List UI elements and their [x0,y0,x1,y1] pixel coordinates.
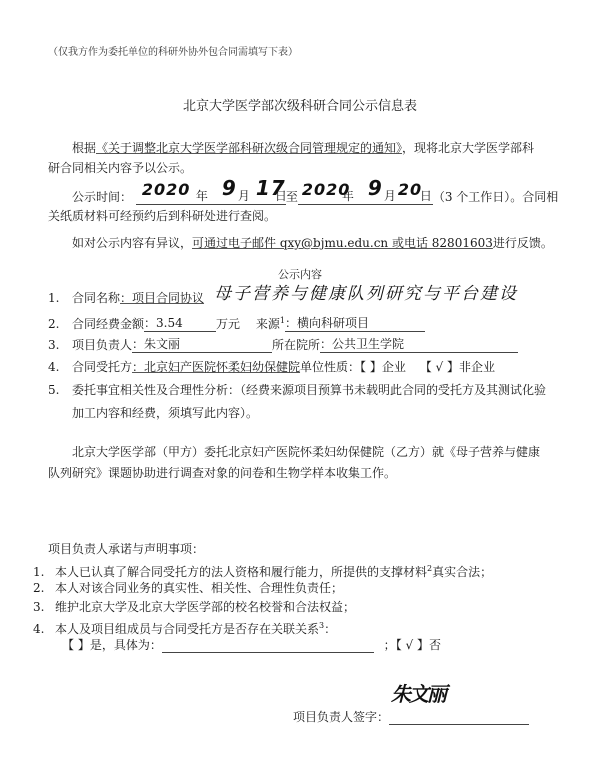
item-contract-amount: 2.合同经费金额：3.54万元 来源1：横向科研项目 [48,313,425,332]
commitment-item-4: 4.本人及项目组成员与合同受托方是否存在关联关系3： [33,618,336,637]
intro-line-2: 研合同相关内容予以公示。 [48,160,192,176]
item-contract-name: 1.合同名称：项目合同协议 [48,290,204,306]
commitment-item-2: 2.本人对该合同业务的真实性、相关性、合理性负责任； [33,580,343,596]
relation-line: 【 】是，具体为： ；【 √ 】否 [62,637,441,653]
signature-label: 项目负责人签字： [293,710,389,724]
header-note: （仅我方作为委托单位的科研外协外包合同需填写下表） [48,43,298,58]
end-month: 9 [368,180,383,196]
commitment-text: 维护北京大学及北京大学医学部的校名校誉和合法权益； [55,600,355,614]
period-label: 公示时间： [72,190,132,204]
relation-detail-field[interactable] [162,638,374,653]
year-char: 年 [342,188,354,204]
relation-no-label: 否 [429,638,441,652]
item-number: 4. [48,359,72,375]
start-year: 2020 [142,182,191,198]
month-char: 月 [238,188,250,204]
feedback-contact[interactable]: 可通过电子邮件 qxy@bjmu.edu.cn 或电话 82801603 [192,236,493,250]
analysis-line-1: 北京大学医学部（甲方）委托北京妇产医院怀柔妇幼保健院（乙方）就《母子营养与健康 [72,444,540,460]
enterprise-label: 企业 [382,360,406,374]
item-label: 合同经费金额 [72,317,144,331]
checkbox-enterprise[interactable]: 【 】 [360,360,382,374]
commitment-title: 项目负责人承诺与声明事项： [48,541,204,557]
feedback-prefix: 如对公示内容有异议， [72,236,192,250]
contract-amount: ：3.54 [144,316,183,330]
day-char: 日 [420,188,432,204]
item-number: 4. [33,621,55,637]
funding-source: ：横向科研项目 [285,316,369,330]
item-project-leader: 3.项目负责人：朱文丽所在院所：公共卫生学院 [48,336,518,353]
commitment-item-1: 1.本人已认真了解合同受托方的法人资格和履行能力，所提供的支撑材料2真实合法； [33,561,492,580]
end-day: 20 [398,182,422,198]
item-number: 2. [48,316,72,332]
source-label: 来源 [256,317,280,331]
item-analysis: 5.委托事宜相关性及合理性分析：（经费来源项目预算书未载明此合同的受托方及其测试… [48,382,546,398]
month-char: 月 [384,188,396,204]
commitment-tail: ： [324,622,336,636]
entrustee-name: ：北京妇产医院怀柔妇幼保健院 [132,360,300,374]
item-number: 2. [33,580,55,596]
start-month: 9 [222,180,237,196]
item-label: 委托事宜相关性及合理性分析：（经费来源项目预算书未载明此合同的受托方及其测试化验 [72,383,546,397]
item-number: 3. [33,599,55,615]
period-to: 至 [286,190,298,204]
notice-document-link[interactable]: 《关于调整北京大学医学部科研次级合同管理规定的通知》 [96,141,402,155]
item-label: 项目负责人 [72,338,132,352]
checkbox-non-enterprise[interactable]: 【 √ 】 [420,360,459,374]
commitment-tail: 真实合法； [432,565,492,579]
separator: ； [384,638,396,652]
analysis-line-2: 队列研究》课题协助进行调查对象的问卷和生物学样本收集工作。 [48,465,396,481]
amount-unit: 万元 [216,317,240,331]
start-date-field: 2020 年 9 月 17 日 [136,186,286,205]
project-leader-name: ：朱文丽 [132,337,180,351]
period-note: （3 个工作日）。合同相 [433,190,558,204]
publicity-period: 公示时间： 2020 年 9 月 17 日 至 2020 年 9 月 20 日 … [72,186,558,205]
non-enterprise-label: 非企业 [459,360,495,374]
period-line-2: 关纸质材料可经预约后到科研处进行查阅。 [48,208,276,224]
year-char: 年 [196,188,208,204]
item-number: 1. [48,290,72,306]
day-char: 日 [275,188,287,204]
commitment-text: 本人及项目组成员与合同受托方是否存在关联关系 [55,622,319,636]
feedback-suffix: 进行反馈。 [493,236,553,250]
commitment-text: 本人已认真了解合同受托方的法人资格和履行能力，所提供的支撑材料 [55,565,427,579]
item-label: 合同名称 [72,291,120,305]
document-title: 北京大学医学部次级科研合同公示信息表 [0,95,600,114]
handwritten-signature: 朱文丽 [391,686,445,702]
checkbox-relation-no[interactable]: 【 √ 】 [396,638,429,652]
intro-suffix: ，现将北京大学医学部科 [402,141,534,155]
contract-name-handwritten: 母子营养与健康队列研究与平台建设 [214,279,518,304]
department: ：公共卫生学院 [320,337,404,351]
item-number: 3. [48,337,72,353]
intro-line-1: 根据《关于调整北京大学医学部科研次级合同管理规定的通知》，现将北京大学医学部科 [72,140,534,156]
item-number: 1. [33,564,55,580]
item-analysis-line-2: 加工内容和经费，须填写此内容）。 [72,405,258,421]
signature-row: 项目负责人签字： 朱文丽 [293,708,529,725]
item-entrustee: 4.合同受托方：北京妇产医院怀柔妇幼保健院单位性质：【 】企业 【 √ 】非企业 [48,359,495,375]
checkbox-relation-yes[interactable]: 【 】 [62,638,90,652]
contract-name-printed: ：项目合同协议 [120,291,204,305]
dept-label: 所在院所 [272,338,320,352]
intro-prefix: 根据 [72,141,96,155]
feedback-line: 如对公示内容有异议，可通过电子邮件 qxy@bjmu.edu.cn 或电话 82… [72,235,553,251]
relation-yes-label: 是，具体为： [90,638,162,652]
signature-field[interactable]: 朱文丽 [389,708,529,725]
commitment-text: 本人对该合同业务的真实性、相关性、合理性负责任； [55,581,343,595]
item-number: 5. [48,382,72,398]
item-label: 合同受托方 [72,360,132,374]
end-date-field: 2020 年 9 月 20 日 [298,186,433,205]
commitment-item-3: 3.维护北京大学及北京大学医学部的校名校誉和合法权益； [33,599,355,615]
nature-label: 单位性质： [300,360,360,374]
